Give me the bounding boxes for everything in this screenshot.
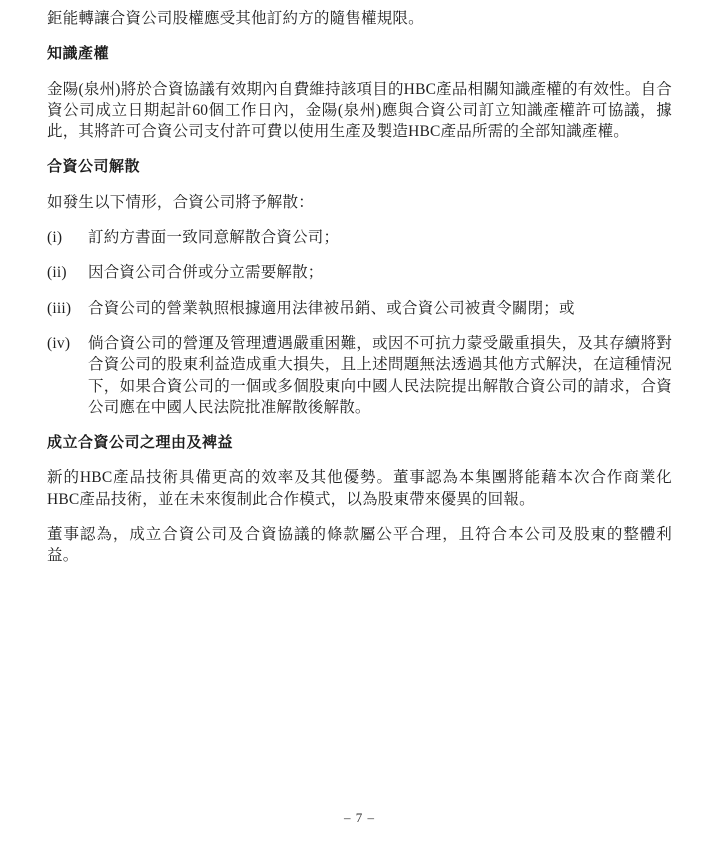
paragraph-reasons-benefits-2: 董事認為，成立合資公司及合資協議的條款屬公平合理，且符合本公司及股東的整體利益。	[47, 524, 672, 567]
list-item-marker: (iii)	[47, 298, 71, 319]
list-item: (iii) 合資公司的營業執照根據適用法律被吊銷、或合資公司被責令關閉；或	[47, 298, 672, 319]
list-item: (i) 訂約方書面一致同意解散合資公司；	[47, 227, 672, 248]
heading-jv-dissolution: 合資公司解散	[47, 156, 672, 177]
heading-reasons-benefits: 成立合資公司之理由及裨益	[47, 432, 672, 453]
page-number: – 7 –	[0, 810, 719, 826]
dissolution-conditions-list: (i) 訂約方書面一致同意解散合資公司； (ii) 因合資公司合併或分立需要解散…	[47, 227, 672, 418]
list-item-marker: (iv)	[47, 333, 70, 354]
document-page: 鉅能轉讓合資公司股權應受其他訂約方的隨售權規限。 知識產權 金陽(泉州)將於合資…	[0, 0, 719, 853]
list-item: (ii) 因合資公司合併或分立需要解散；	[47, 262, 672, 283]
paragraph-reasons-benefits-1: 新的HBC產品技術具備更高的效率及其他優勢。董事認為本集團將能藉本次合作商業化H…	[47, 467, 672, 510]
paragraph-dissolution-intro: 如發生以下情形，合資公司將予解散：	[47, 192, 672, 213]
heading-intellectual-property: 知識產權	[47, 43, 672, 64]
paragraph-share-transfer: 鉅能轉讓合資公司股權應受其他訂約方的隨售權規限。	[47, 8, 672, 29]
list-item-text: 因合資公司合併或分立需要解散；	[88, 264, 324, 281]
list-item-marker: (i)	[47, 227, 62, 248]
paragraph-intellectual-property: 金陽(泉州)將於合資協議有效期內自費維持該項目的HBC產品相關知識產權的有效性。…	[47, 79, 672, 143]
list-item: (iv) 倘合資公司的營運及管理遭遇嚴重困難，或因不可抗力蒙受嚴重損失，及其存續…	[47, 333, 672, 418]
list-item-text: 訂約方書面一致同意解散合資公司；	[88, 229, 339, 246]
list-item-text: 倘合資公司的營運及管理遭遇嚴重困難，或因不可抗力蒙受嚴重損失，及其存續將對合資公…	[88, 335, 672, 416]
list-item-marker: (ii)	[47, 262, 67, 283]
list-item-text: 合資公司的營業執照根據適用法律被吊銷、或合資公司被責令關閉；或	[88, 300, 575, 317]
